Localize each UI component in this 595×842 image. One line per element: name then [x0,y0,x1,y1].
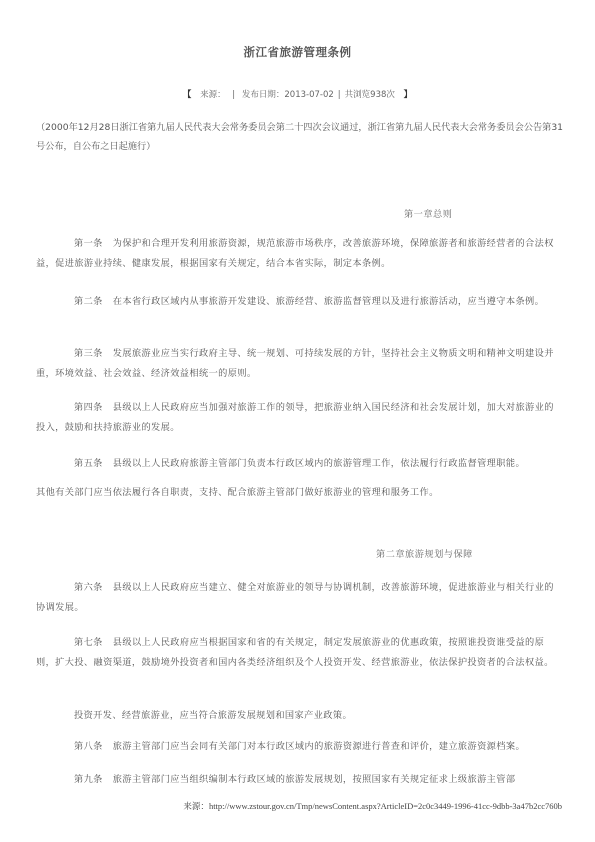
source-label: 来源： [183,801,209,811]
meta-views-suffix: 次 [386,90,395,100]
meta-separator: | [338,90,341,100]
article-6: 第六条县级以上人民政府应当建立、健全对旅游业的领导与协调机制，改善旅游环境，促进… [36,578,563,617]
meta-views-label: 共浏览 [345,90,371,100]
article-8: 第八条旅游主管部门应当会同有关部门对本行政区域内的旅游资源进行普查和评价，建立旅… [36,737,581,757]
article-text: 县级以上人民政府应当加强对旅游工作的领导，把旅游业纳入国民经济和社会发展计划，加… [36,402,554,433]
article-number: 第三条 [74,348,103,359]
document-title: 浙江省旅游管理条例 [0,44,595,60]
article-number: 第四条 [74,402,103,413]
article-5: 第五条县级以上人民政府旅游主管部门负责本行政区域内的旅游管理工作，依法履行行政监… [36,454,581,474]
meta-close-bracket: 】 [404,90,413,100]
article-2: 第二条在本省行政区域内从事旅游开发建设、旅游经营、旅游监督管理以及进行旅游活动，… [36,292,563,312]
article-number: 第九条 [74,774,103,785]
article-text: 在本省行政区域内从事旅游开发建设、旅游经营、旅游监督管理以及进行旅游活动，应当遵… [113,296,544,307]
article-text: 发展旅游业应当实行政府主导、统一规划、可持续发展的方针，坚持社会主义物质文明和精… [36,348,554,379]
preamble: （2000年12月28日浙江省第九届人民代表大会常务委员会第二十四次会议通过，浙… [36,118,566,156]
meta-publish-label: 发布日期： [242,90,285,100]
article-number: 第八条 [74,741,103,752]
article-number: 第七条 [74,637,103,648]
meta-publish-date: 2013-07-02 [284,90,333,100]
article-4: 第四条县级以上人民政府应当加强对旅游工作的领导，把旅游业纳入国民经济和社会发展计… [36,398,563,437]
article-text: 县级以上人民政府应当建立、健全对旅游业的领导与协调机制，改善旅游环境，促进旅游业… [36,582,554,613]
article-number: 第一条 [74,238,103,249]
article-7: 第七条县级以上人民政府应当根据国家和省的有关规定，制定发展旅游业的优惠政策，按照… [36,633,563,672]
article-3: 第三条发展旅游业应当实行政府主导、统一规划、可持续发展的方针，坚持社会主义物质文… [36,344,563,383]
article-9: 第九条旅游主管部门应当组织编制本行政区域的旅游发展规划，按照国家有关规定征求上级… [36,770,581,790]
article-text: 县级以上人民政府应当根据国家和省的有关规定，制定发展旅游业的优惠政策，按照谁投资… [36,637,554,668]
article-1: 第一条为保护和合理开发利用旅游资源，规范旅游市场秩序，改善旅游环境，保障旅游者和… [36,234,563,273]
article-meta: 【 来源： | 发布日期：2013-07-02|共浏览938次 】 [0,88,595,100]
article-5-continuation: 其他有关部门应当依法履行各自职责，支持、配合旅游主管部门做好旅游业的管理和服务工… [36,483,563,503]
article-text: 县级以上人民政府旅游主管部门负责本行政区域内的旅游管理工作，依法履行行政监督管理… [113,458,525,469]
article-number: 第五条 [74,458,103,469]
article-text: 为保护和合理开发利用旅游资源，规范旅游市场秩序，改善旅游环境，保障旅游者和旅游经… [36,238,554,269]
article-7-continuation: 投资开发、经营旅游业，应当符合旅游发展规划和国家产业政策。 [74,706,595,726]
article-text: 旅游主管部门应当会同有关部门对本行政区域内的旅游资源进行普查和评价，建立旅游资源… [113,741,525,752]
chapter-heading: 第二章旅游规划与保障 [376,546,473,560]
chapter-heading: 第一章总则 [404,206,452,220]
article-text: 旅游主管部门应当组织编制本行政区域的旅游发展规划，按照国家有关规定征求上级旅游主… [113,774,516,785]
article-number: 第二条 [74,296,103,307]
meta-open-bracket: 【 [183,90,192,100]
source-footer: 来源：http://www.zstour.gov.cn/Tmp/newsCont… [183,800,562,812]
article-number: 第六条 [74,582,103,593]
meta-views-count: 938 [370,90,386,100]
source-url[interactable]: http://www.zstour.gov.cn/Tmp/newsContent… [209,801,562,811]
meta-separator: | [232,90,235,100]
meta-source-label: 来源： [200,90,226,100]
